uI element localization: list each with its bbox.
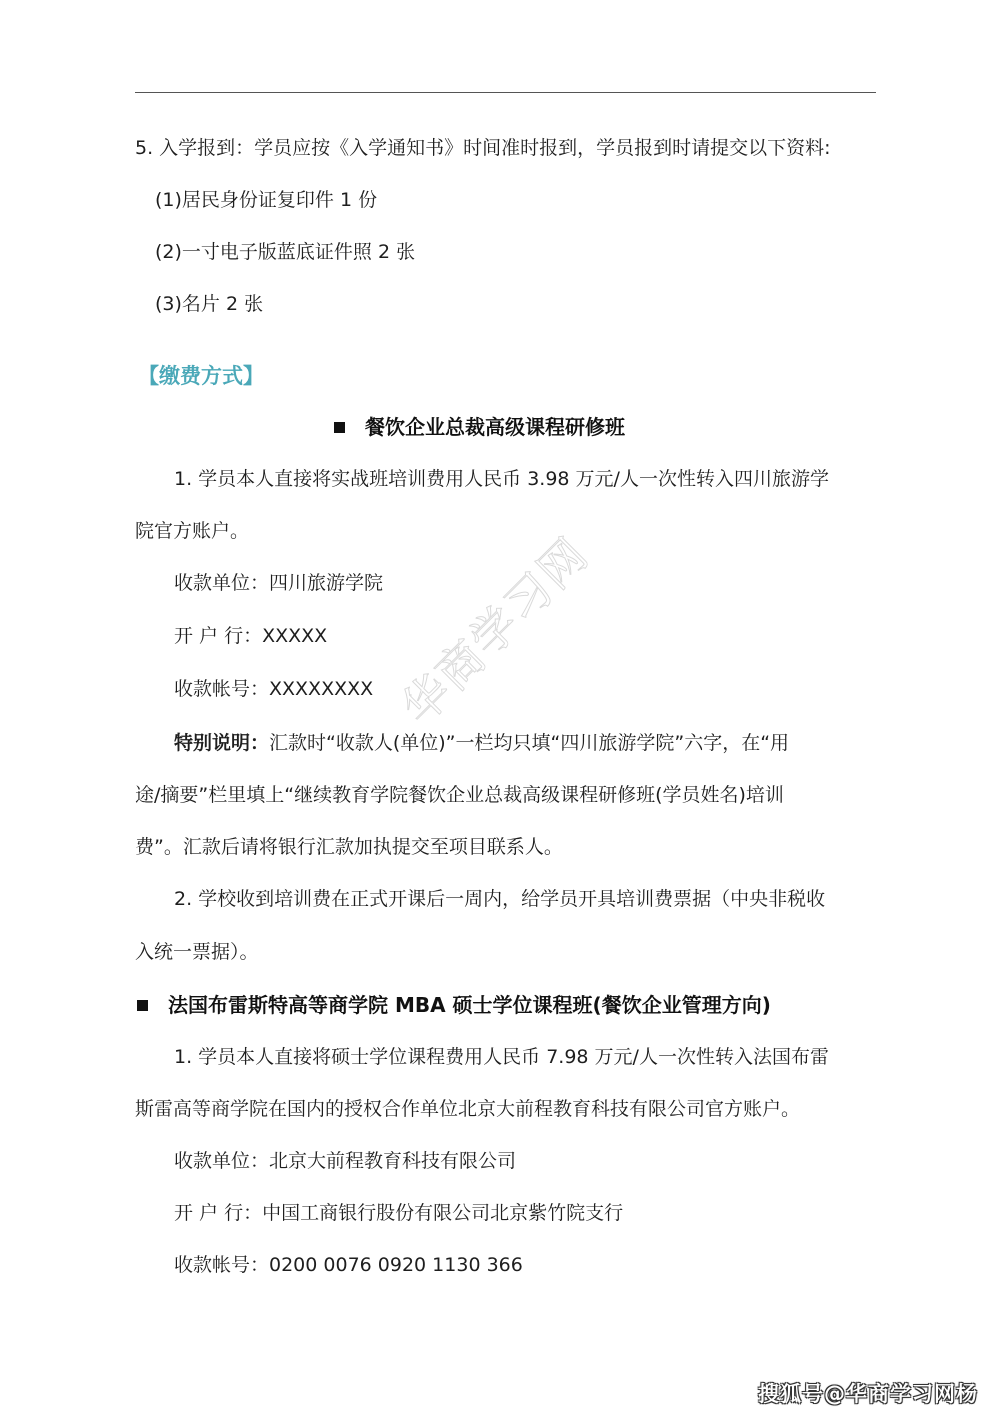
course1-payee: 收款单位：四川旅游学院: [174, 571, 383, 595]
course2-account: 收款帐号：0200 0076 0920 1130 366: [174, 1253, 523, 1277]
footer-credit: 搜狐号@华商学习网杨: [758, 1378, 978, 1408]
course1-step1-line1: 1. 学员本人直接将实战班培训费用人民币 3.98 万元/人一次性转入四川旅游学: [174, 467, 829, 491]
course1-step2-line2: 入统一票据）。: [135, 940, 259, 964]
watermark: 华商学习网: [385, 520, 601, 736]
course1-step2-line1: 2. 学校收到培训费在正式开课后一周内，给学员开具培训费票据（中央非税收: [174, 887, 825, 911]
course2-heading: 法国布雷斯特高等商学院 MBA 硕士学位课程班(餐饮企业管理方向): [137, 991, 771, 1019]
course2-title: 法国布雷斯特高等商学院 MBA 硕士学位课程班(餐饮企业管理方向): [168, 991, 771, 1019]
course1-bank: 开 户 行：XXXXX: [174, 624, 327, 648]
document-page: 5. 入学报到：学员应按《入学通知书》时间准时报到，学员报到时请提交以下资料: …: [0, 0, 1000, 1414]
course2-payee: 收款单位：北京大前程教育科技有限公司: [174, 1149, 516, 1173]
course1-step1-line2: 院官方账户。: [135, 519, 249, 543]
enrollment-item-2: (2)一寸电子版蓝底证件照 2 张: [155, 240, 415, 264]
course1-title: 餐饮企业总裁高级课程研修班: [365, 413, 625, 441]
special-note-label: 特别说明：: [174, 732, 269, 754]
course1-note-line3: 费”。汇款后请将银行汇款加执提交至项目联系人。: [135, 835, 563, 859]
enrollment-item-1: (1)居民身份证复印件 1 份: [155, 188, 377, 212]
payment-section-tag: 【缴费方式】: [138, 362, 264, 390]
black-square-bullet-icon: [334, 422, 345, 433]
enrollment-item-3: (3)名片 2 张: [155, 292, 263, 316]
course2-step1-line1: 1. 学员本人直接将硕士学位课程费用人民币 7.98 万元/人一次性转入法国布雷: [174, 1045, 829, 1069]
black-square-bullet-icon: [137, 1000, 148, 1011]
course2-step1-line2: 斯雷高等商学院在国内的授权合作单位北京大前程教育科技有限公司官方账户。: [135, 1097, 800, 1121]
enrollment-intro: 5. 入学报到：学员应按《入学通知书》时间准时报到，学员报到时请提交以下资料:: [135, 136, 831, 160]
course1-note-line2: 途/摘要”栏里填上“继续教育学院餐饮企业总裁高级课程研修班(学员姓名)培训: [135, 783, 784, 807]
course1-heading: 餐饮企业总裁高级课程研修班: [334, 413, 625, 441]
course2-bank: 开 户 行：中国工商银行股份有限公司北京紫竹院支行: [174, 1201, 623, 1225]
course1-note-line1: 特别说明：汇款时“收款人(单位)”一栏均只填“四川旅游学院”六字，在“用: [174, 731, 789, 755]
header-rule: [135, 92, 876, 93]
course1-account: 收款帐号：XXXXXXXX: [174, 677, 373, 701]
special-note-text: 汇款时“收款人(单位)”一栏均只填“四川旅游学院”六字，在“用: [269, 732, 789, 754]
